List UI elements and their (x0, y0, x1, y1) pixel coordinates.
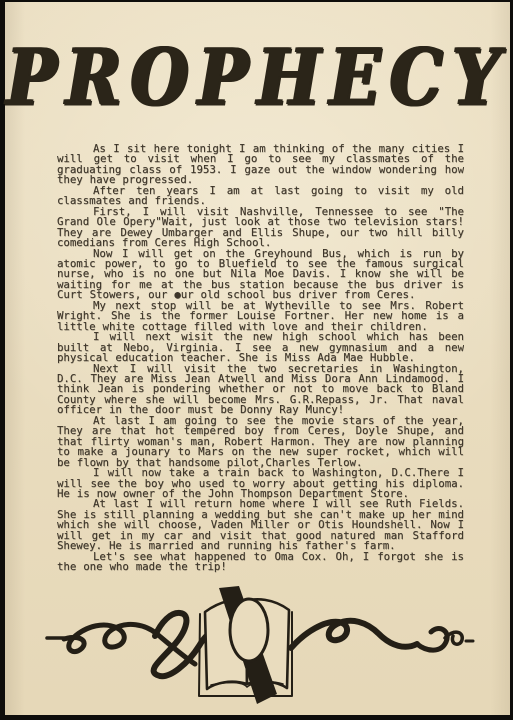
flourish-decoration (43, 586, 475, 712)
paragraph: Next I will visit the two secretaries in… (57, 364, 464, 416)
page-title: PROPHECY (0, 32, 513, 124)
left-flourish-icon (47, 613, 219, 676)
crystal-ball-icon (230, 599, 268, 661)
paragraph: I will now take a train back to Washingt… (57, 468, 464, 499)
paragraph: First, I will visit Nashville, Tennessee… (57, 207, 464, 249)
yearbook-page: PROPHECY As I sit here tonight I am thin… (0, 0, 513, 720)
paragraph: At last I am going to see the movie star… (57, 416, 464, 468)
paragraph: I will next wisit the new high school wh… (57, 332, 464, 363)
paragraph: Now I will get on the Greyhound Bus, whi… (57, 249, 464, 301)
paragraph: My next stop will be at Wytheville to se… (57, 301, 464, 332)
paragraph: After ten years I am at last going to vi… (57, 186, 464, 207)
paragraph: As I sit here tonight I am thinking of t… (57, 144, 464, 186)
paragraph: Let's see what happened to Oma Cox. Oh, … (57, 552, 464, 573)
prophecy-text: As I sit here tonight I am thinking of t… (57, 144, 464, 616)
paragraph: At last I will return home where I will … (57, 499, 464, 551)
right-flourish-icon (291, 621, 473, 650)
open-book-icon (199, 586, 292, 704)
paper-background: PROPHECY As I sit here tonight I am thin… (5, 2, 510, 715)
